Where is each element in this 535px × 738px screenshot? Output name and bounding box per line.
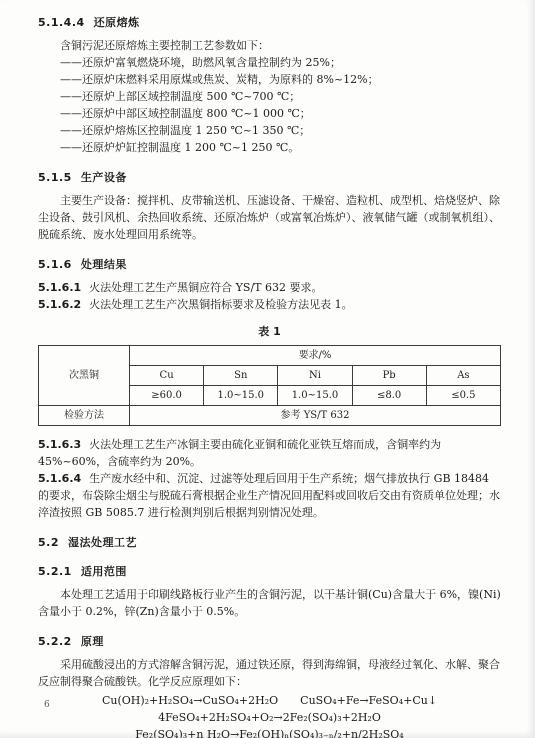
dash-list-item: ——还原炉炉缸控制温度 1 200 ℃~1 250 ℃。 — [60, 139, 501, 156]
clause-5-1-6-2: 5.1.6.2火法处理工艺生产次黑铜指标要求及检验方法见表 1。 — [38, 296, 501, 313]
clause-number: 5.1.5 — [38, 171, 72, 184]
chemical-equations: Cu(OH)₂+H₂SO₄→CuSO₄+2H₂O CuSO₄+Fe→FeSO₄+… — [38, 693, 501, 738]
dash-list-item: ——还原炉富氧燃烧环境，助燃风氧含量控制约为 25%； — [60, 54, 501, 71]
section-heading-5-1-4-4: 5.1.4.4还原熔炼 — [38, 14, 501, 30]
value-ni: 1.0~15.0 — [278, 386, 352, 406]
clause-title: 原理 — [81, 635, 104, 648]
paragraph-reduction-intro: 含铜污泥还原熔炼主要控制工艺参数如下： — [38, 37, 501, 54]
clause-text: 火法处理工艺生产次黑铜指标要求及检验方法见表 1。 — [89, 298, 353, 311]
table-row: 次黑铜 要求/% — [39, 346, 501, 366]
column-header-cu: Cu — [130, 366, 204, 386]
page-number: 6 — [44, 700, 50, 710]
dash-list-item: ——还原炉中部区域控制温度 800 ℃~1 000 ℃； — [60, 105, 501, 122]
table-caption: 表 1 — [38, 323, 501, 339]
clause-title: 还原熔炼 — [94, 16, 140, 29]
clause-number: 5.1.4.4 — [38, 16, 85, 29]
clause-number: 5.1.6.3 — [38, 438, 81, 451]
clause-text: 火法处理工艺生产冰铜主要由硫化亚铜和硫化亚铁互熔而成，含铜率约为 45%~60%… — [38, 438, 441, 468]
clause-number: 5.1.6 — [38, 258, 72, 271]
value-pb: ≤8.0 — [352, 386, 426, 406]
equation-line-2: 4FeSO₄+2H₂SO₄+O₂→2Fe₂(SO₄)₃+2H₂O — [38, 710, 501, 726]
dash-list-item: ——还原炉上部区域控制温度 500 ℃~700 ℃； — [60, 88, 501, 105]
paragraph-equipment: 主要生产设备：搅拌机、皮带输送机、压滤设备、干燥窑、造粒机、成型机、焙烧竖炉、除… — [38, 192, 501, 243]
section-heading-5-1-5: 5.1.5生产设备 — [38, 169, 501, 185]
table-requirement-header: 要求/% — [130, 346, 501, 366]
column-header-ni: Ni — [278, 366, 352, 386]
table-1: 次黑铜 要求/% Cu Sn Ni Pb As ≥60.0 1.0~15.0 1… — [38, 345, 501, 426]
clause-text: 火法处理工艺生产黑铜应符合 YS/T 632 要求。 — [89, 281, 322, 294]
equation-line-3: Fe₂(SO₄)₃+n H₂O→Fe₂(OH)ₙ(SO₄)₃₋ₙ/₂+n/2H₂… — [38, 727, 501, 738]
clause-number: 5.2.1 — [38, 565, 72, 578]
equation-line-1: Cu(OH)₂+H₂SO₄→CuSO₄+2H₂O CuSO₄+Fe→FeSO₄+… — [38, 693, 501, 709]
value-sn: 1.0~15.0 — [204, 386, 278, 406]
clause-number: 5.1.6.2 — [38, 298, 81, 311]
clause-title: 生产设备 — [81, 171, 127, 184]
clause-5-1-6-1: 5.1.6.1火法处理工艺生产黑铜应符合 YS/T 632 要求。 — [38, 279, 501, 296]
section-heading-5-2-2: 5.2.2原理 — [38, 633, 501, 649]
value-as: ≤0.5 — [426, 386, 500, 406]
column-header-as: As — [426, 366, 500, 386]
paragraph-scope: 本处理工艺适用于印刷线路板行业产生的含铜污泥，以干基计铜(Cu)含量大于 6%，… — [38, 586, 501, 620]
section-heading-5-1-6: 5.1.6处理结果 — [38, 256, 501, 272]
column-header-sn: Sn — [204, 366, 278, 386]
document-page: 5.1.4.4还原熔炼 含铜污泥还原熔炼主要控制工艺参数如下： ——还原炉富氧燃… — [0, 0, 535, 738]
clause-number: 5.1.6.1 — [38, 281, 81, 294]
dash-list-item: ——还原炉床燃料采用原煤或焦炭、炭精，为原料的 8%~12%； — [60, 71, 501, 88]
clause-5-1-6-3: 5.1.6.3火法处理工艺生产冰铜主要由硫化亚铜和硫化亚铁互熔而成，含铜率约为 … — [38, 436, 501, 470]
column-header-pb: Pb — [352, 366, 426, 386]
paragraph-principle: 采用硫酸浸出的方式溶解含铜污泥，通过铁还原，得到海绵铜，母液经过氧化、水解、聚合… — [38, 656, 501, 690]
method-label: 检验方法 — [39, 406, 130, 426]
clause-number: 5.1.6.4 — [38, 472, 81, 485]
clause-text: 生产废水经中和、沉淀、过滤等处理后回用于生产系统；烟气排放执行 GB 18484… — [38, 472, 500, 519]
table-row-header: 次黑铜 — [39, 346, 130, 406]
section-heading-5-2-1: 5.2.1适用范围 — [38, 563, 501, 579]
value-cu: ≥60.0 — [130, 386, 204, 406]
clause-5-1-6-4: 5.1.6.4生产废水经中和、沉淀、过滤等处理后回用于生产系统；烟气排放执行 G… — [38, 470, 501, 521]
table-row: 检验方法 参考 YS/T 632 — [39, 406, 501, 426]
dash-list: ——还原炉富氧燃烧环境，助燃风氧含量控制约为 25%； ——还原炉床燃料采用原煤… — [38, 54, 501, 156]
method-value: 参考 YS/T 632 — [130, 406, 501, 426]
clause-title: 湿法处理工艺 — [68, 536, 137, 549]
section-heading-5-2: 5.2湿法处理工艺 — [38, 534, 501, 550]
clause-number: 5.2 — [38, 536, 59, 549]
clause-title: 处理结果 — [81, 258, 127, 271]
clause-title: 适用范围 — [81, 565, 127, 578]
clause-number: 5.2.2 — [38, 635, 72, 648]
dash-list-item: ——还原炉熔炼区控制温度 1 250 ℃~1 350 ℃； — [60, 122, 501, 139]
